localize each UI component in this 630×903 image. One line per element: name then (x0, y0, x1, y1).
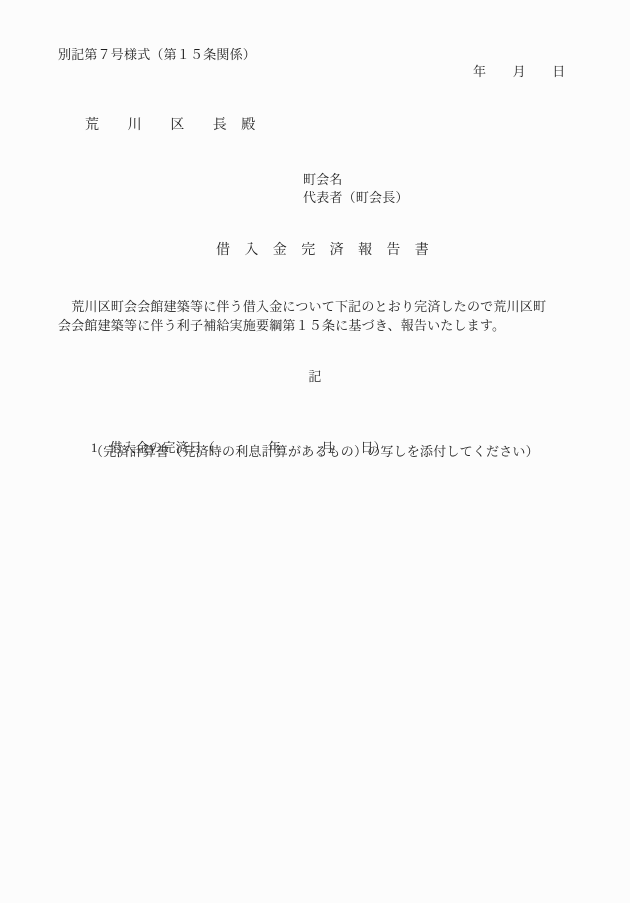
document-title: 借 入 金 完 済 報 告 書 (216, 243, 429, 259)
document-page: 別記第７号様式（第１５条関係） 年 月 日 荒 川 区 長 殿 町会名 代表者（… (0, 0, 630, 903)
sender-association-name-label: 町会名 (303, 172, 343, 187)
body-paragraph-line-2: 会会館建築等に伴う利子補給実施要綱第１５条に基づき、報告いたします。 (58, 318, 505, 333)
record-marker: 記 (0, 369, 630, 384)
body-paragraph-line-1: 荒川区町会会館建築等に伴う借入金について下記のとおり完済したので荒川区町 (58, 299, 546, 314)
date-line: 年 月 日 (473, 64, 565, 79)
form-number: 別記第７号様式（第１５条関係） (58, 47, 256, 62)
addressee: 荒 川 区 長 殿 (85, 118, 255, 134)
sender-representative-label: 代表者（町会長） (303, 190, 409, 205)
item-1-note: （完済計算書（完済時の利息計算があるもの）の写しを添付してください） (90, 444, 539, 459)
